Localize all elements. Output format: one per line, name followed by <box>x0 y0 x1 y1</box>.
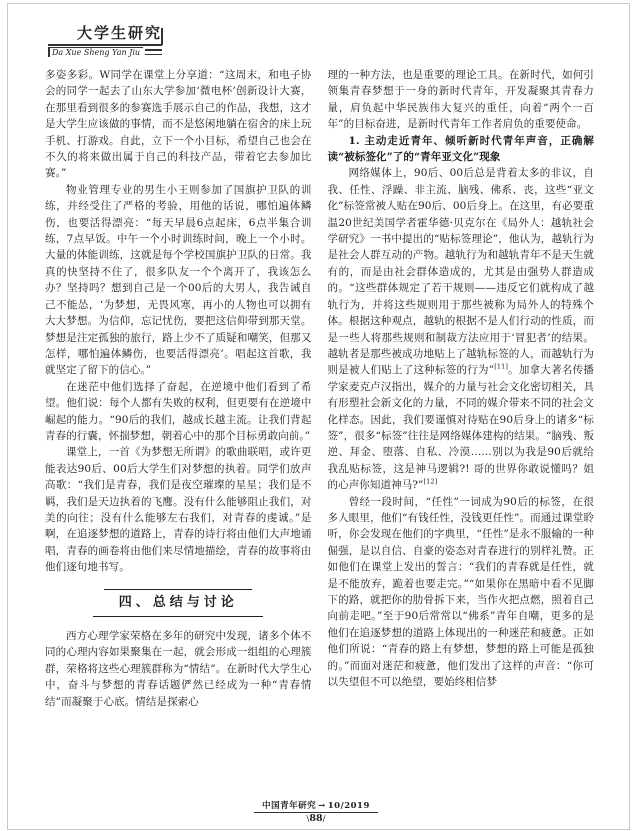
column-subtitle-row: Da Xue Sheng Yan Jiu <box>48 47 162 57</box>
page-footer: 中国青年研究→10/2019 \88/ <box>0 793 632 824</box>
right-column: 理的一种方法，也是重要的理论工具。在新时代，如何引领集青春梦想于一身的新时代青年… <box>328 67 595 710</box>
journal-issue-line: 中国青年研究→10/2019 <box>254 799 378 813</box>
column-pinyin: Da Xue Sheng Yan Jiu <box>48 47 143 57</box>
paragraph-text: 。加拿大著名传播学家麦克卢汉指出，媒介的力量与社会文化密切相关，具有形塑社会新文… <box>328 364 595 491</box>
article-body: 多姿多彩。W同学在课堂上分享道：“这周末，和电子协会的同学一起去了山东大学参加‘… <box>45 67 594 710</box>
issue-number: 10/2019 <box>328 801 370 811</box>
paragraph: 课堂上，一首《为梦想无所谓》的歌曲联唱，或许更能表达90后、00后大学生们对梦想… <box>45 444 312 575</box>
page-number-value: 88 <box>309 813 322 824</box>
section-heading: 四、总结与讨论 <box>45 589 312 617</box>
paragraph: 曾经一段时间，“任性”一词成为90后的标签，在很多人眼里，他们“有钱任性，没钱更… <box>328 494 595 691</box>
left-column: 多姿多彩。W同学在课堂上分享道：“这周末，和电子协会的同学一起去了山东大学参加‘… <box>45 67 312 710</box>
journal-column-header: 大学生研究 Da Xue Sheng Yan Jiu <box>48 22 162 57</box>
paragraph: 在迷茫中他们选择了奋起，在逆境中他们看到了希望。他们说：每个人都有失败的权利，但… <box>45 379 312 445</box>
page-number: \88/ <box>0 813 632 824</box>
citation-ref-12: [12] <box>424 478 438 486</box>
column-title: 大学生研究 <box>48 22 162 46</box>
paragraph: 西方心理学家荣格在多年的研究中发现，诸多个体不同的心理内容如果聚集在一起，就会形… <box>45 628 312 710</box>
paragraph: 物业管理专业的男生小王则参加了国旗护卫队的训练，并经受住了严格的考验，用他的话说… <box>45 182 312 379</box>
paragraph: 理的一种方法，也是重要的理论工具。在新时代，如何引领集青春梦想于一身的新时代青年… <box>328 67 595 133</box>
subsection-heading: 1. 主动走近青年、倾听新时代青年声音，正确解读“被标签化”了的“青年亚文化”现… <box>328 133 595 166</box>
paragraph-text: 网络媒体上，90后、00后总是背着太多的非议，自我、任性、浮躁、非主流、脑残、佛… <box>328 167 595 376</box>
journal-name: 中国青年研究 <box>262 801 316 811</box>
heading-rule-top <box>104 589 252 590</box>
page-content: 大学生研究 Da Xue Sheng Yan Jiu 多姿多彩。W同学在课堂上分… <box>45 22 594 710</box>
section-heading-text: 四、总结与讨论 <box>45 595 312 611</box>
paragraph: 多姿多彩。W同学在课堂上分享道：“这周末，和电子协会的同学一起去了山东大学参加‘… <box>45 67 312 182</box>
heading-rule-bottom <box>93 616 263 617</box>
paragraph: 网络媒体上，90后、00后总是背着太多的非议，自我、任性、浮躁、非主流、脑残、佛… <box>328 165 595 493</box>
double-rule-decoration <box>145 49 162 55</box>
arrow-separator: → <box>316 801 328 811</box>
page-number-right-slash: / <box>323 814 326 824</box>
citation-ref-11: [11] <box>494 363 508 371</box>
